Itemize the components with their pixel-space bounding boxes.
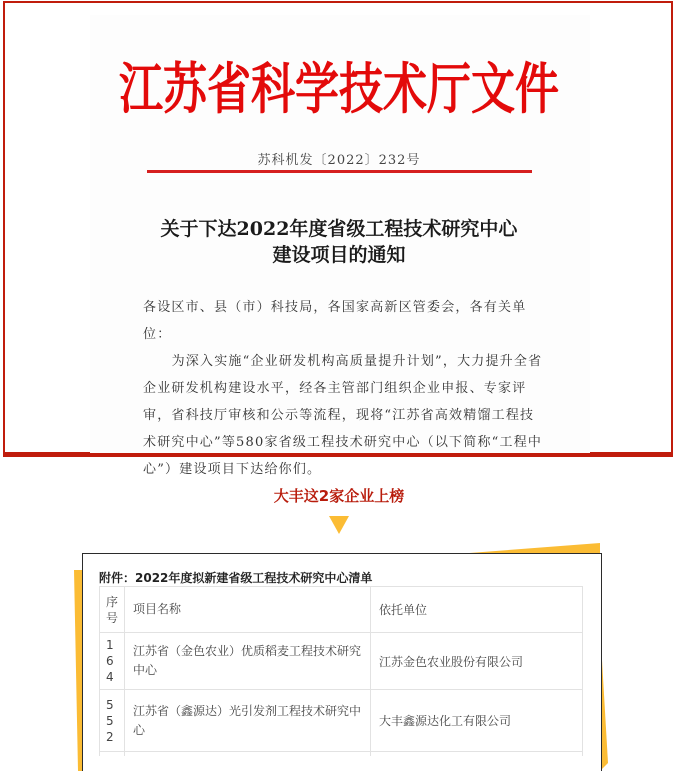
document-number: 苏科机发〔2022〕232号 <box>0 149 678 168</box>
cell-project-name: 江苏省（金色农业）优质稻麦工程技术研究中心 <box>125 633 371 690</box>
cell-number: 552 <box>100 690 125 752</box>
cell-unit: 大丰鑫源达化工有限公司 <box>371 690 583 752</box>
attachment-card: 附件：2022年度拟新建省级工程技术研究中心清单 序号 项目名称 依托单位 16… <box>82 553 602 771</box>
table-row-partial <box>100 752 583 756</box>
section-heading: 大丰这2家企业上榜 <box>0 485 678 506</box>
table-header-row: 序号 项目名称 依托单位 <box>100 587 583 633</box>
column-header-project: 项目名称 <box>125 587 371 633</box>
notice-title-line2: 建设项目的通知 <box>0 242 678 268</box>
document-body: 各设区市、县（市）科技局，各国家高新区管委会，各有关单位： 为深入实施“企业研发… <box>143 294 543 483</box>
cell-project-name: 江苏省（鑫源达）光引发剂工程技术研究中心 <box>125 690 371 752</box>
down-triangle-icon <box>329 516 349 534</box>
salutation: 各设区市、县（市）科技局，各国家高新区管委会，各有关单位： <box>143 294 543 348</box>
table-row: 552 江苏省（鑫源达）光引发剂工程技术研究中心 大丰鑫源达化工有限公司 <box>100 690 583 752</box>
red-divider <box>147 170 532 173</box>
table-row: 164 江苏省（金色农业）优质稻麦工程技术研究中心 江苏金色农业股份有限公司 <box>100 633 583 690</box>
attachment-table: 序号 项目名称 依托单位 164 江苏省（金色农业）优质稻麦工程技术研究中心 江… <box>99 586 583 756</box>
notice-title-line1: 关于下达2022年度省级工程技术研究中心 <box>0 216 678 242</box>
column-header-number: 序号 <box>100 587 125 633</box>
cell-number: 164 <box>100 633 125 690</box>
column-header-unit: 依托单位 <box>371 587 583 633</box>
cell-empty <box>371 752 583 756</box>
attachment-title: 附件：2022年度拟新建省级工程技术研究中心清单 <box>99 569 372 586</box>
cell-empty <box>125 752 371 756</box>
cell-empty <box>100 752 125 756</box>
document-header-title: 江苏省科学技术厅文件 <box>0 44 678 124</box>
notice-title: 关于下达2022年度省级工程技术研究中心 建设项目的通知 <box>0 216 678 268</box>
cell-unit: 江苏金色农业股份有限公司 <box>371 633 583 690</box>
body-paragraph: 为深入实施“企业研发机构高质量提升计划”，大力提升全省企业研发机构建设水平，经各… <box>143 348 543 483</box>
